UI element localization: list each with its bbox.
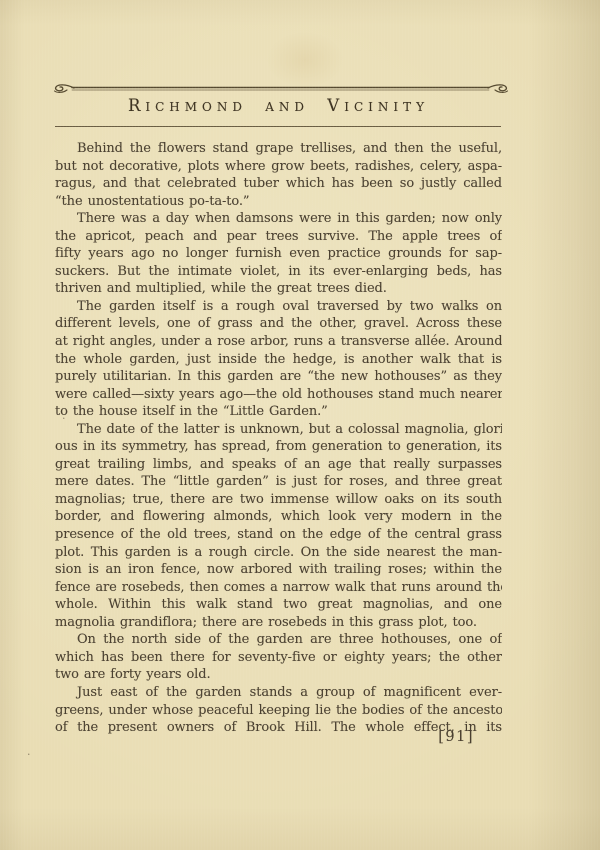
text-line: ragus, and that celebrated tuber which h… (55, 175, 502, 193)
text-line: The date of the latter is unknown, but a… (55, 421, 502, 439)
text-line: the whole garden, just inside the hedge,… (55, 351, 502, 369)
body-text: Behind the flowers stand grape trellises… (55, 140, 502, 737)
text-line: presence of the old trees, stand on the … (55, 526, 502, 544)
text-line: at right angles, under a rose arbor, run… (55, 333, 502, 351)
text-line: suckers. But the intimate violet, in its… (55, 263, 502, 281)
text-line: greens, under whose peaceful keeping lie… (55, 702, 502, 720)
text-line: magnolias; true, there are two immense w… (55, 491, 502, 509)
text-line: which has been there for seventy-five or… (55, 649, 502, 667)
text-line: Just east of the garden stands a group o… (55, 684, 502, 702)
text-line: On the north side of the garden are thre… (55, 631, 502, 649)
paragraph: The garden itself is a rough oval traver… (55, 298, 502, 421)
text-line: ous in its symmetry, has spread, from ge… (55, 438, 502, 456)
paragraph: There was a day when damsons were in thi… (55, 210, 502, 298)
text-line: fence are rosebeds, then comes a narrow … (55, 579, 502, 597)
text-line: thriven and multiplied, while the great … (55, 280, 502, 298)
text-line: different levels, one of grass and the o… (55, 315, 502, 333)
page-title: Richmond and Vicinity (55, 96, 502, 115)
text-line: two are forty years old. (55, 666, 502, 684)
ornamental-rule (52, 82, 510, 96)
text-line: sion is an iron fence, now arbored with … (55, 561, 502, 579)
text-line: but not decorative, plots where grow bee… (55, 158, 502, 176)
text-line: to the house itself in the “Little Garde… (55, 403, 502, 421)
text-line: purely utilitarian. In this garden are “… (55, 368, 502, 386)
paragraph: On the north side of the garden are thre… (55, 631, 502, 684)
text-line: There was a day when damsons were in thi… (55, 210, 502, 228)
book-page: Richmond and Vicinity Behind the flowers… (0, 0, 600, 850)
header-rule (55, 126, 501, 127)
text-line: whole. Within this walk stand two great … (55, 596, 502, 614)
paragraph: Behind the flowers stand grape trellises… (55, 140, 502, 210)
text-line: plot. This garden is a rough circle. On … (55, 544, 502, 562)
text-line: magnolia grandiflora; there are rosebeds… (55, 614, 502, 632)
text-line: great trailing limbs, and speaks of an a… (55, 456, 502, 474)
text-line: The garden itself is a rough oval traver… (55, 298, 502, 316)
text-line: mere dates. The “little garden” is just … (55, 473, 502, 491)
page-number: [91] (55, 729, 474, 745)
text-line: fifty years ago no longer furnish even p… (55, 245, 502, 263)
paragraph: The date of the latter is unknown, but a… (55, 421, 502, 632)
text-line: “the unostentatious po-ta-to.” (55, 193, 502, 211)
text-line: Behind the flowers stand grape trellises… (55, 140, 502, 158)
text-line: border, and flowering almonds, which loo… (55, 508, 502, 526)
text-line: were called—sixty years ago—the old hoth… (55, 386, 502, 404)
text-line: the apricot, peach and pear trees surviv… (55, 228, 502, 246)
stray-ink-dot: · (62, 417, 66, 421)
stray-ink-dot: · (27, 753, 31, 757)
